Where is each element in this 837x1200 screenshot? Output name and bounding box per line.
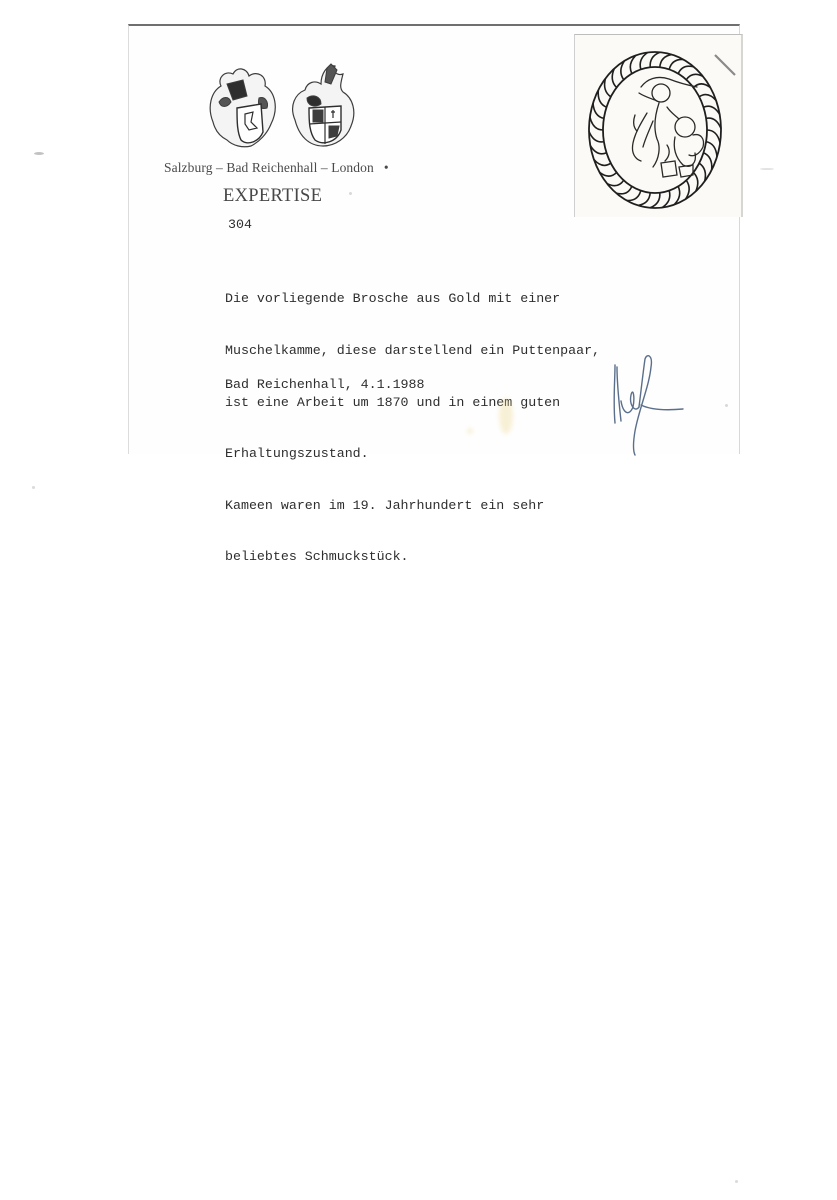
scan-speck (34, 152, 44, 155)
paper-stain (467, 428, 473, 434)
scan-speck (735, 1180, 738, 1183)
body-line: Kameen waren im 19. Jahrhundert ein sehr (225, 497, 600, 514)
expertise-number: 304 (228, 216, 252, 233)
body-line: beliebtes Schmuckstück. (225, 548, 600, 565)
cameo-illustration-icon (575, 35, 741, 217)
scan-speck (760, 168, 774, 170)
scan-speck (32, 486, 35, 489)
expertise-card: Salzburg – Bad Reichenhall – London• EXP… (128, 24, 740, 454)
letterhead-locations: Salzburg – Bad Reichenhall – London• (164, 160, 389, 176)
cameo-brooch-image (574, 34, 743, 217)
body-line: Erhaltungszustand. (225, 445, 600, 462)
body-line: ist eine Arbeit um 1870 und in einem gut… (225, 394, 600, 411)
place-and-date: Bad Reichenhall, 4.1.1988 (225, 376, 425, 393)
locations-text: Salzburg – Bad Reichenhall – London (164, 160, 374, 175)
document-title: EXPERTISE (223, 186, 322, 207)
paper-stain (499, 398, 513, 434)
expertise-body: Die vorliegende Brosche aus Gold mit ein… (225, 256, 600, 600)
body-line: Muschelkamme, diese darstellend ein Putt… (225, 342, 600, 359)
coat-of-arms-icon (203, 62, 363, 152)
paper-speck (725, 404, 728, 407)
body-line: Die vorliegende Brosche aus Gold mit ein… (225, 290, 600, 307)
signature-icon (599, 351, 689, 456)
paper-speck (349, 192, 352, 195)
letterhead-mark: • (384, 160, 389, 176)
